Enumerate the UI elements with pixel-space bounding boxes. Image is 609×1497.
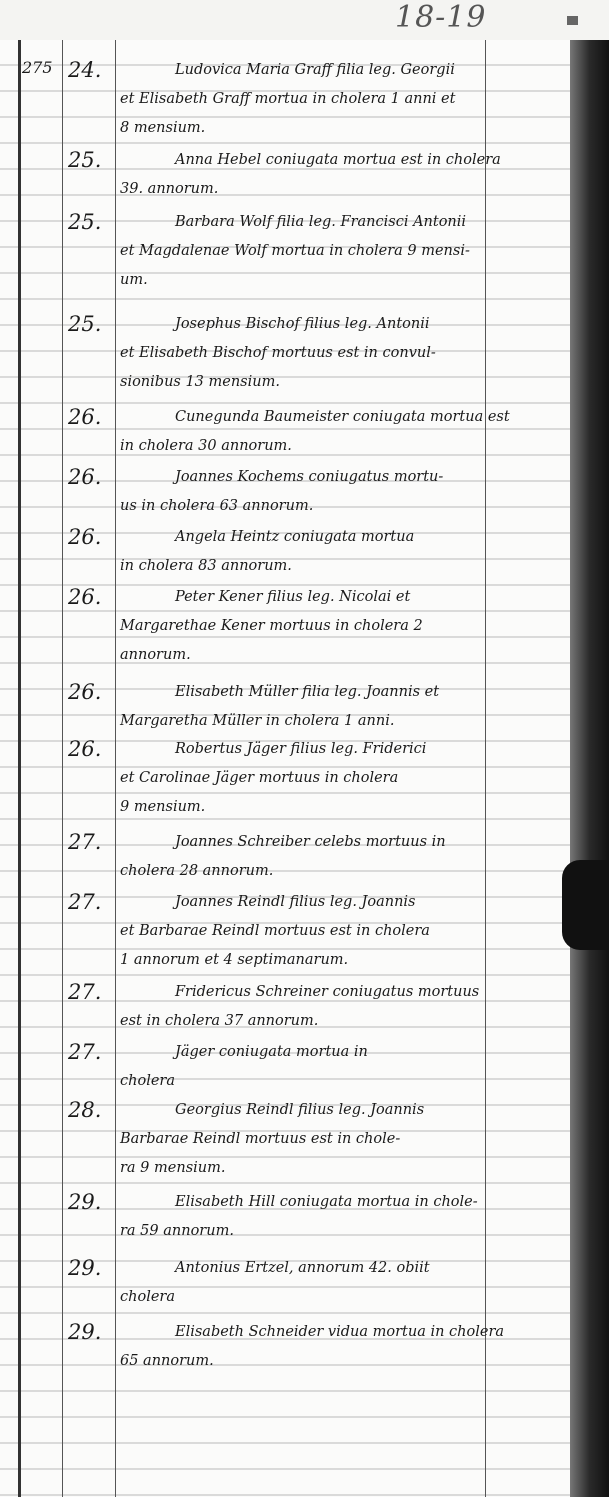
entry-text-line: Elisabeth Hill coniugata mortua in chole… [175,1194,565,1210]
binder-clip [562,860,609,950]
entry-text-line: et Elisabeth Bischof mortuus est in conv… [120,345,565,361]
entry-text-line: Robertus Jäger filius leg. Friderici [175,741,565,757]
entry-day: 27. [68,1040,101,1064]
entry-text-line: ra 59 annorum. [120,1223,565,1239]
scan-dark-edge [570,40,609,1497]
entry-day: 27. [68,830,101,854]
entry-day: 25. [68,148,101,172]
entry-day: 29. [68,1256,101,1280]
page-number-column-rule [62,40,63,1497]
entry-text-line: Josephus Bischof filius leg. Antonii [175,316,565,332]
entry-day: 26. [68,525,101,549]
entry-text-line: in cholera 30 annorum. [120,438,565,454]
entry-day: 29. [68,1320,101,1344]
entry-text-line: um. [120,272,565,288]
corner-marker [567,16,578,25]
entry-day: 27. [68,980,101,1004]
entry-text-line: in cholera 83 annorum. [120,558,565,574]
entry-text-line: sionibus 13 mensium. [120,374,565,390]
entry-text-line: cholera 28 annorum. [120,863,565,879]
entry-text-line: Joannes Schreiber celebs mortuus in [175,834,565,850]
entry-day: 27. [68,890,101,914]
entry-day: 26. [68,465,101,489]
entry-text-line: cholera [120,1073,565,1089]
entry-text-line: et Elisabeth Graff mortua in cholera 1 a… [120,91,565,107]
entry-text-line: Fridericus Schreiner coniugatus mortuus [175,984,565,1000]
entry-text-line: 9 mensium. [120,799,565,815]
entry-text-line: Elisabeth Schneider vidua mortua in chol… [175,1324,565,1340]
entry-text-line: Peter Kener filius leg. Nicolai et [175,589,565,605]
entry-day: 26. [68,585,101,609]
entry-text-line: Margarethae Kener mortuus in cholera 2 [120,618,565,634]
entry-text-line: annorum. [120,647,565,663]
entry-text-line: Jäger coniugata mortua in [175,1044,565,1060]
entry-text-line: Cunegunda Baumeister coniugata mortua es… [175,409,565,425]
entry-text-line: 65 annorum. [120,1353,565,1369]
entry-text-line: Margaretha Müller in cholera 1 anni. [120,713,565,729]
entry-text-line: Antonius Ertzel, annorum 42. obiit [175,1260,565,1276]
entry-day: 26. [68,680,101,704]
entry-text-line: Joannes Reindl filius leg. Joannis [175,894,565,910]
day-column-rule [115,40,116,1497]
page-number: 275 [22,58,53,77]
entry-text-line: est in cholera 37 annorum. [120,1013,565,1029]
entry-day: 26. [68,405,101,429]
entry-text-line: Angela Heintz coniugata mortua [175,529,565,545]
top-page-mark: 18-19 [395,0,486,35]
entry-day: 28. [68,1098,101,1122]
left-margin-rule [18,40,21,1497]
entry-text-line: Ludovica Maria Graff filia leg. Georgii [175,62,565,78]
entry-text-line: et Magdalenae Wolf mortua in cholera 9 m… [120,243,565,259]
entry-text-line: cholera [120,1289,565,1305]
entry-text-line: Anna Hebel coniugata mortua est in chole… [175,152,565,168]
entry-text-line: et Carolinae Jäger mortuus in cholera [120,770,565,786]
entry-text-line: Georgius Reindl filius leg. Joannis [175,1102,565,1118]
entry-text-line: Barbarae Reindl mortuus est in chole- [120,1131,565,1147]
entry-text-line: ra 9 mensium. [120,1160,565,1176]
entry-text-line: 39. annorum. [120,181,565,197]
entry-text-line: 8 mensium. [120,120,565,136]
entry-day: 25. [68,312,101,336]
entry-text-line: us in cholera 63 annorum. [120,498,565,514]
entry-text-line: et Barbarae Reindl mortuus est in choler… [120,923,565,939]
entry-text-line: Barbara Wolf filia leg. Francisci Antoni… [175,214,565,230]
entry-day: 29. [68,1190,101,1214]
entry-day: 25. [68,210,101,234]
entry-text-line: 1 annorum et 4 septimanarum. [120,952,565,968]
entry-text-line: Elisabeth Müller filia leg. Joannis et [175,684,565,700]
entry-day: 26. [68,737,101,761]
entry-text-line: Joannes Kochems coniugatus mortu- [175,469,565,485]
entry-day: 24. [68,58,101,82]
